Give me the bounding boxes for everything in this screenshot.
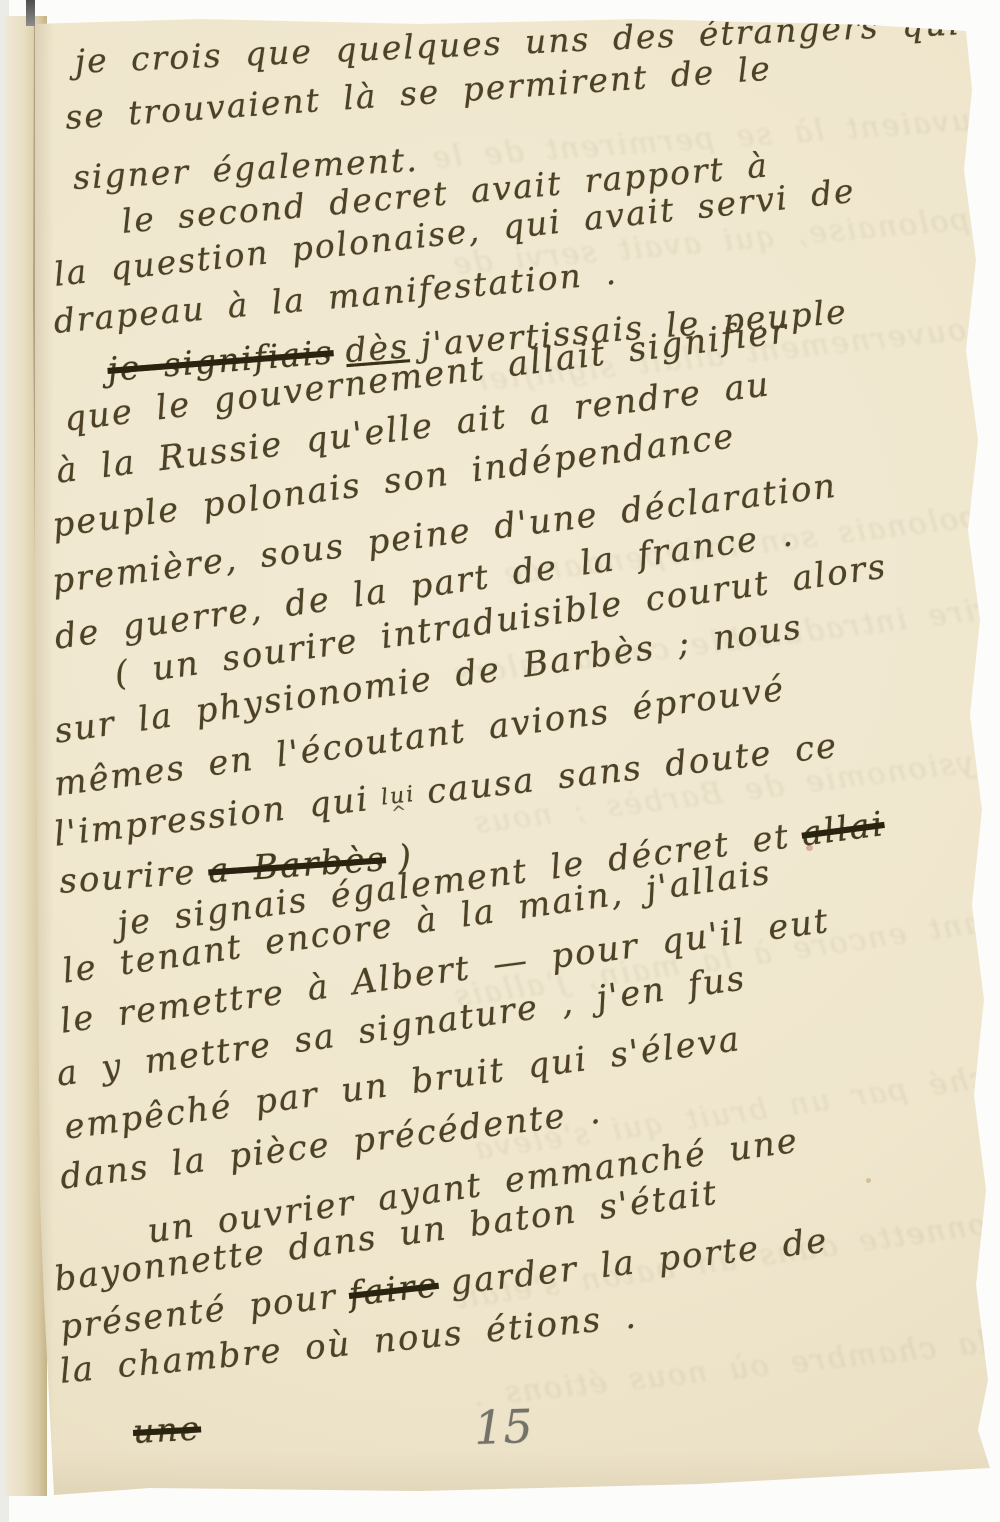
page-bottom-shading [0, 1450, 1000, 1510]
manuscript-line: une [132, 1408, 202, 1451]
manuscript-scan: se trouvaient là se permirent de le la q… [0, 0, 1000, 1522]
binding-mark [26, 0, 35, 26]
paper-speck [866, 1178, 871, 1183]
insertion-caret: ^ [391, 807, 409, 821]
manuscript-page: se trouvaient là se permirent de le la q… [0, 0, 1000, 1510]
page-number: 15 [473, 1399, 533, 1455]
